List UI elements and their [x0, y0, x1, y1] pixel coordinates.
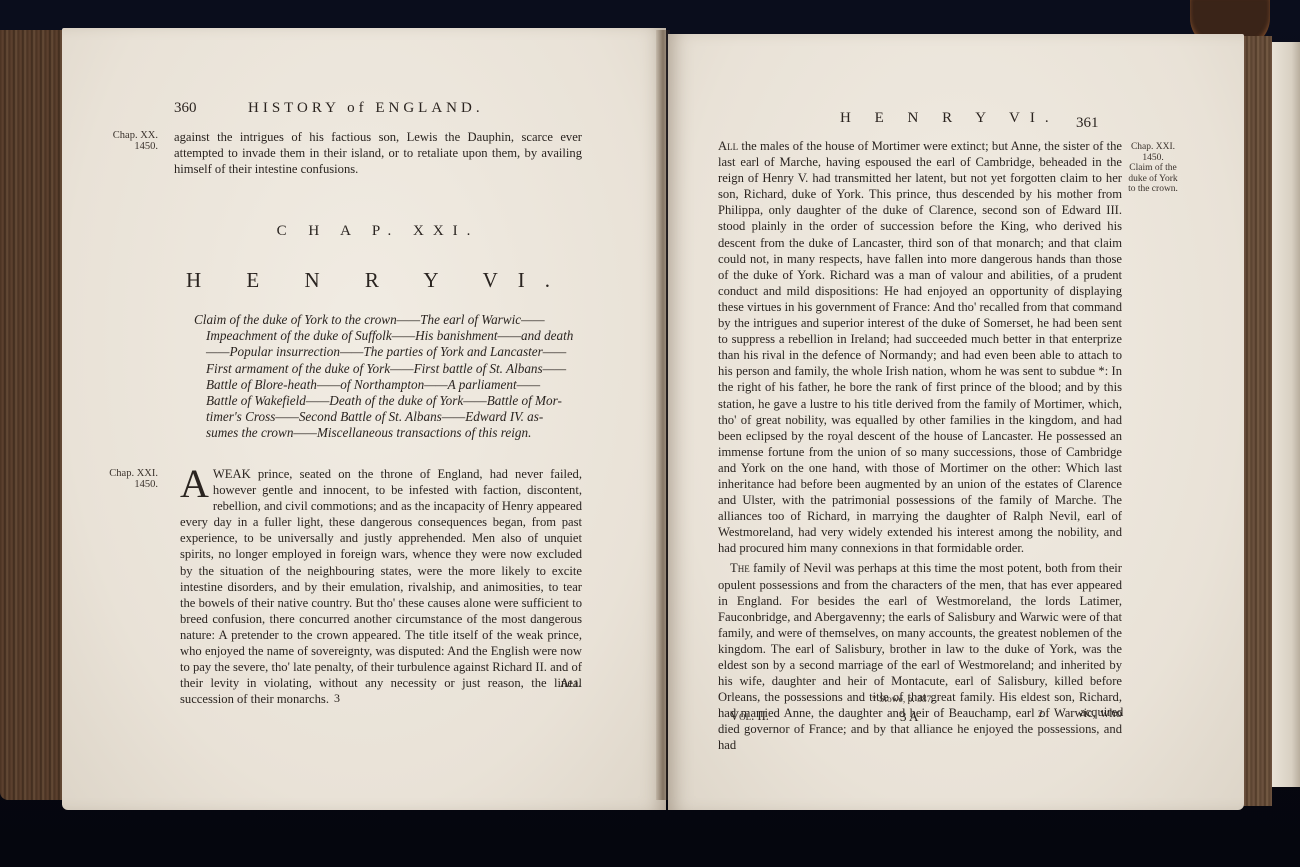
paragraph: All the males of the house of Mortimer w…	[718, 138, 1122, 556]
synopsis-line: First armament of the duke of York——Firs…	[194, 361, 586, 377]
synopsis-line: sumes the crown——Miscellaneous transacti…	[194, 425, 586, 441]
catchword: All	[560, 676, 580, 691]
synopsis-line: Impeachment of the duke of Suffolk——His …	[194, 328, 586, 344]
signature-number: 2	[1038, 709, 1043, 720]
reign-heading: H E N R Y VI.	[174, 268, 582, 293]
synopsis-line: Claim of the duke of York to the crown——…	[194, 312, 586, 328]
volume-mark: Vol. II.	[730, 709, 769, 724]
synopsis-line: ——Popular insurrection——The parties of Y…	[194, 344, 586, 360]
opening-words: WEAK	[213, 467, 251, 481]
running-head: H E N R Y VI.	[840, 110, 1059, 127]
margin-note-chapter: Chap. XXI. 1450.	[106, 468, 158, 490]
page-number: 360	[174, 100, 197, 117]
drop-cap: A	[180, 468, 209, 500]
signature-mark: 3	[334, 691, 340, 706]
running-head: HISTORY of ENGLAND.	[248, 100, 484, 117]
synopsis-line: Battle of Wakefield——Death of the duke o…	[194, 393, 586, 409]
book-page-edges-left	[0, 30, 64, 800]
paragraph: The family of Nevil was perhaps at this …	[718, 560, 1122, 753]
main-paragraph: AWEAK prince, seated on the throne of En…	[180, 466, 582, 707]
book-page-edges-right	[1242, 36, 1272, 806]
left-page: 360 HISTORY of ENGLAND. Chap. XX. 1450. …	[62, 28, 666, 810]
chapter-synopsis: Claim of the duke of York to the crown——…	[194, 312, 586, 442]
synopsis-line: timer's Cross——Second Battle of St. Alba…	[194, 409, 586, 425]
page-number: 361	[1076, 115, 1099, 132]
catchword: acquired	[1080, 705, 1123, 720]
signature-mark: 3 A	[900, 709, 918, 725]
continuation-paragraph: against the intrigues of his factious so…	[174, 129, 582, 177]
synopsis-line: Battle of Blore-heath——of Northampton——A…	[194, 377, 586, 393]
side-note: Chap. XXI. 1450. Claim of the duke of Yo…	[1124, 142, 1182, 195]
footnote: * Stowe, p. 387.	[872, 695, 934, 705]
right-page: H E N R Y VI. 361 All the males of the h…	[668, 34, 1244, 810]
chapter-heading: C H A P. XXI.	[174, 223, 582, 240]
margin-note-chapter: Chap. XX. 1450.	[106, 130, 158, 152]
book-cover-edge	[1272, 42, 1300, 787]
body-text-column: All the males of the house of Mortimer w…	[718, 138, 1122, 754]
